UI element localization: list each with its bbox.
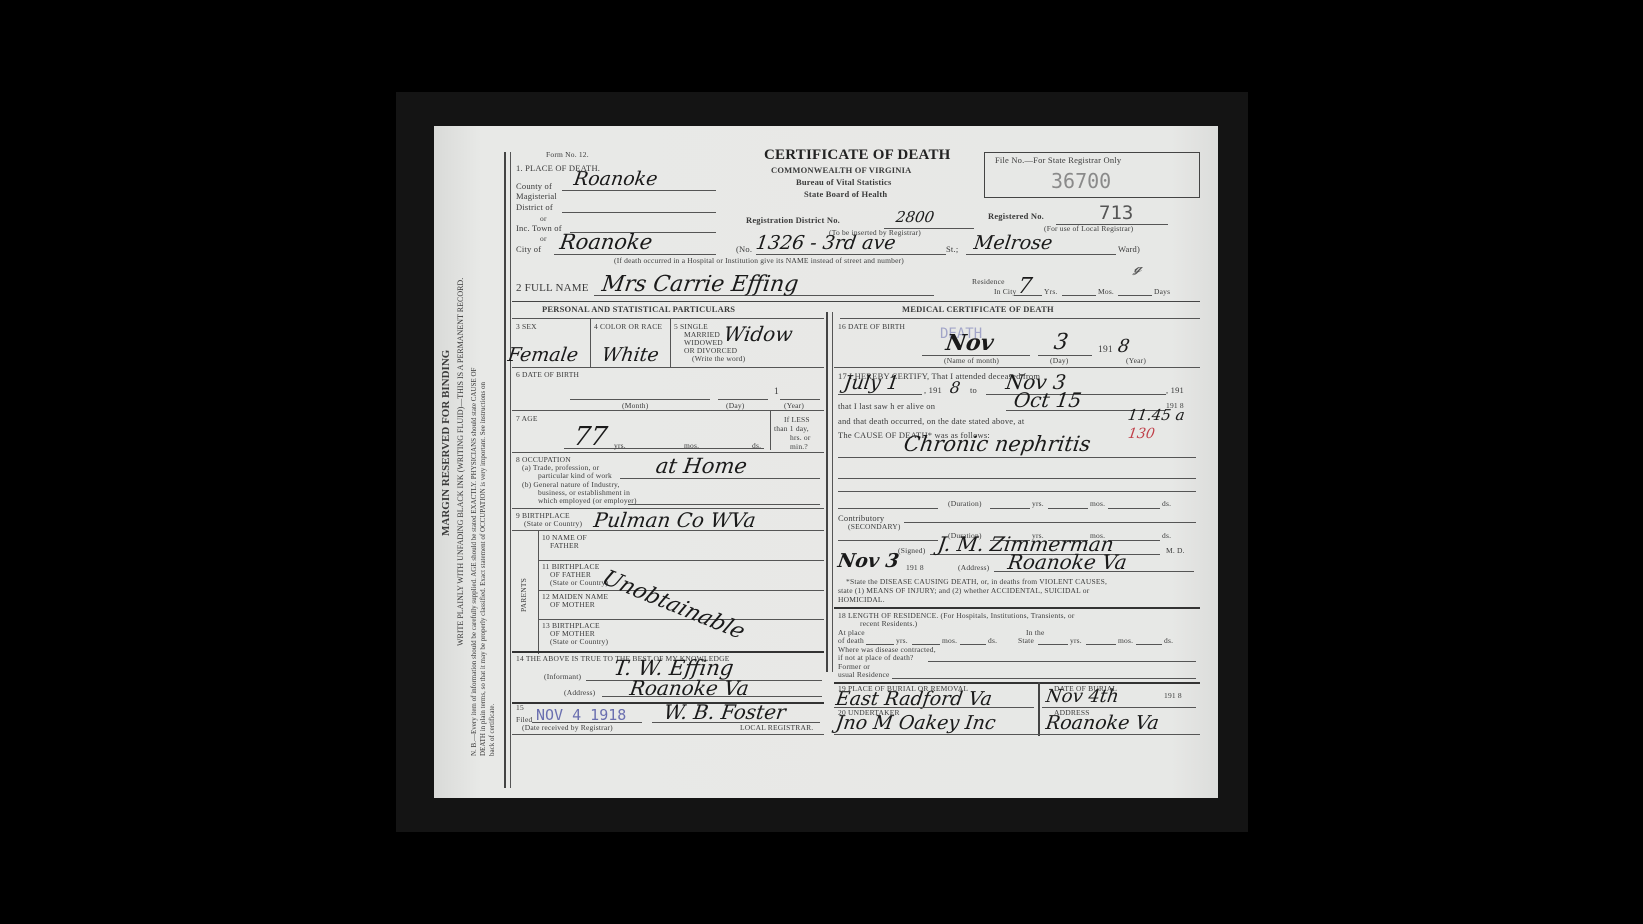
last-saw-text: that I last saw h er alive on	[838, 402, 935, 411]
personal-title-rule	[512, 318, 824, 319]
footnote-2: state (1) MEANS OF INJURY; and (2) wheth…	[838, 587, 1089, 595]
personal-section-title: PERSONAL AND STATISTICAL PARTICULARS	[542, 305, 735, 314]
death-certificate: MARGIN RESERVED FOR BINDING WRITE PLAINL…	[434, 126, 1218, 798]
district-label: District of	[516, 203, 553, 212]
residence-mos-label: Mos.	[1098, 288, 1114, 296]
less-than-3: hrs. or	[790, 434, 811, 442]
margin-write-text: WRITE PLAINLY WITH UNFADING BLACK INK (W…	[456, 278, 465, 646]
duration-line-1a	[838, 508, 938, 509]
row-rule-3	[512, 452, 824, 453]
street-value: 1326 - 3rd ave	[754, 232, 897, 254]
res-place-ds: ds.	[988, 637, 997, 645]
physician-address-label: (Address)	[958, 564, 989, 572]
ward-label: Ward)	[1118, 245, 1140, 254]
filed-note: (Date received by Registrar)	[522, 724, 613, 732]
margin-instructions-2: DEATH in plain terms, so that it may be …	[479, 382, 487, 756]
dob-month-label: (Month)	[622, 402, 648, 410]
margin-instructions-1: N. B.—Every item of information should b…	[470, 368, 478, 756]
duration-line-2a	[838, 540, 938, 541]
street-line	[756, 254, 946, 255]
commonwealth-label: COMMONWEALTH OF VIRGINIA	[771, 166, 912, 175]
residence-yrs-label: Yrs.	[1044, 288, 1058, 296]
death-year-label: (Year)	[1126, 357, 1146, 365]
less-than-1: If LESS	[784, 416, 810, 424]
of-death-label: of death	[838, 637, 864, 645]
footnote-1: *State the DISEASE CAUSING DEATH, or, in…	[846, 578, 1107, 586]
full-name-value: Mrs Carrie Effing	[600, 272, 800, 297]
parents-label: PARENTS	[520, 578, 528, 612]
duration-yrs-1: yrs.	[1032, 500, 1044, 508]
occupation-a-2: particular kind of work	[538, 472, 612, 480]
informant-address-label: (Address)	[564, 689, 595, 697]
board-label: State Board of Health	[804, 190, 887, 199]
death-day: 3	[1052, 330, 1070, 355]
to-label: to	[970, 386, 977, 395]
occupation-b-line	[628, 504, 820, 505]
medical-date-label: 16 DATE OF BIRTH	[838, 323, 905, 331]
medical-rule-1	[834, 367, 1200, 368]
frame-left-border	[504, 152, 506, 788]
margin-instructions-3: back of certificate.	[488, 704, 496, 756]
duration-label-1: (Duration)	[948, 500, 982, 508]
certificate-title: CERTIFICATE OF DEATH	[764, 148, 951, 164]
or-label-2: or	[540, 235, 547, 243]
death-month: Nov	[944, 330, 995, 356]
informant-label: (Informant)	[544, 673, 581, 681]
from-date: July 1	[842, 372, 900, 394]
section-top-rule	[512, 301, 1200, 302]
district-line	[562, 212, 716, 213]
mother-name-label-2: OF MOTHER	[550, 601, 595, 609]
dob-day-label: (Day)	[726, 402, 745, 410]
contracted-label-2: if not at place of death?	[838, 654, 914, 662]
death-month-label: (Name of month)	[944, 357, 999, 365]
registered-number: 713	[1099, 202, 1133, 224]
footnote-3: HOMICIDAL.	[838, 596, 885, 604]
medical-title-rule	[840, 318, 1200, 319]
sex-value: Female	[506, 344, 579, 366]
undertaker-value: Jno M Oakey Inc	[834, 712, 997, 734]
filed-date-stamp: NOV 4 1918	[536, 706, 626, 724]
ward-line	[966, 254, 1116, 255]
res-place-mos: mos.	[942, 637, 957, 645]
magisterial-label: Magisterial	[516, 192, 557, 201]
town-label: Inc. Town of	[516, 224, 562, 233]
row-rule-5	[512, 530, 824, 531]
full-name-label: 2 FULL NAME	[516, 283, 589, 295]
duration-line-1d	[1108, 508, 1160, 509]
duration-line-1c	[1048, 508, 1088, 509]
former-line	[892, 678, 1196, 679]
marital-label-5: (Write the word)	[692, 355, 745, 363]
last-saw-date: Oct 15	[1012, 388, 1083, 412]
undertaker-address: Roanoke Va	[1044, 712, 1160, 734]
res-state-yrs-line	[1038, 644, 1068, 645]
father-birth-rule	[538, 590, 824, 591]
bureau-label: Bureau of Vital Statistics	[796, 178, 891, 187]
form-number: Form No. 12.	[546, 151, 589, 159]
occupation-value: at Home	[654, 454, 748, 478]
duration-line-2d	[1108, 540, 1160, 541]
registrar-signature: W. B. Foster	[662, 700, 787, 724]
margin-binding-text: MARGIN RESERVED FOR BINDING	[440, 350, 452, 536]
mother-birth-label-3: (State or Country)	[550, 638, 608, 646]
physician-address: Roanoke Va	[1006, 550, 1128, 574]
street-number-label: (No.	[736, 245, 752, 254]
from-year: 8	[949, 378, 962, 397]
color-divider	[670, 319, 671, 367]
column-divider-inner	[832, 312, 833, 672]
hospital-note: (If death occurred in a Hospital or Inst…	[614, 257, 904, 265]
residence-days-label: Days	[1154, 288, 1170, 296]
burial-year: 191 8	[1164, 692, 1182, 700]
city-line	[554, 254, 716, 255]
res-state-ds: ds.	[1164, 637, 1173, 645]
duration-line-1b	[990, 508, 1030, 509]
duration-ds-2: ds.	[1162, 532, 1171, 540]
duration-ds-1: ds.	[1162, 500, 1171, 508]
medical-section-title: MEDICAL CERTIFICATE OF DEATH	[902, 305, 1054, 314]
state-label: State	[1018, 637, 1034, 645]
res-state-ds-line	[1136, 644, 1162, 645]
bottom-right-rule	[834, 734, 1200, 735]
city-value: Roanoke	[558, 230, 654, 254]
marital-value: Widow	[722, 322, 794, 346]
city-label: City of	[516, 245, 541, 254]
margin-check-mark: 𝓰	[1133, 260, 1143, 276]
res-place-ds-line	[960, 644, 986, 645]
dob-day-line	[718, 399, 768, 400]
death-year-suffix: 8	[1117, 336, 1131, 357]
parents-value: Unobtainable	[597, 566, 749, 644]
file-number-box: File No.—For State Registrar Only 36700	[984, 152, 1200, 198]
residence-label: Residence	[972, 278, 1005, 286]
res-state-mos: mos.	[1118, 637, 1133, 645]
color-value: White	[600, 344, 660, 366]
ward-value: Melrose	[972, 232, 1053, 254]
contracted-line	[928, 661, 1196, 662]
death-time: 11.45 a	[1127, 406, 1186, 424]
father-name-rule	[538, 560, 824, 561]
duration-mos-1: mos.	[1090, 500, 1105, 508]
residence-section-label-2: recent Residents.)	[860, 620, 917, 628]
from-date-line	[838, 394, 922, 395]
contributory-line	[904, 522, 1196, 523]
informant-address: Roanoke Va	[628, 676, 750, 700]
dob-year-label: (Year)	[784, 402, 804, 410]
dob-year-prefix: 1	[774, 388, 779, 398]
occurred-text: and that death occurred, on the date sta…	[838, 417, 1024, 426]
age-yrs-label: yrs.	[614, 442, 626, 450]
registered-number-label: Registered No.	[988, 212, 1044, 221]
less-than-4: min.?	[790, 443, 808, 451]
file-number-label: File No.—For State Registrar Only	[995, 156, 1121, 165]
file-number: 36700	[1051, 169, 1111, 193]
dob-label: 6 DATE OF BIRTH	[516, 371, 579, 379]
registration-district-label: Registration District No.	[746, 216, 840, 225]
res-place-yrs: yrs.	[896, 637, 908, 645]
county-label: County of	[516, 182, 552, 191]
signed-label: (Signed)	[898, 547, 925, 555]
age-label: 7 AGE	[516, 415, 538, 423]
residence-days-line	[1118, 295, 1152, 296]
from-year-prefix: , 191	[924, 386, 942, 395]
residence-mos-line	[1062, 295, 1096, 296]
md-label: M. D.	[1166, 547, 1185, 555]
occupation-b-3: which employed (or employer)	[538, 497, 637, 505]
street-label: St.;	[946, 245, 958, 254]
age-mos-label: mos.	[684, 442, 699, 450]
cause-line-1	[838, 457, 1196, 458]
parents-divider	[538, 530, 539, 654]
color-label: 4 COLOR OR RACE	[594, 323, 662, 331]
cause-line-2	[838, 478, 1196, 479]
birthplace-value: Pulman Co WVa	[592, 508, 757, 532]
residence-rule	[834, 607, 1200, 609]
cause-of-death: Chronic nephritis	[902, 432, 1092, 456]
row-rule-1	[512, 367, 824, 368]
registered-number-note: (For use of Local Registrar)	[1044, 225, 1133, 233]
former-label-2: usual Residence	[838, 671, 890, 679]
sex-divider	[590, 319, 591, 367]
birthplace-sub-label: (State or Country)	[524, 520, 582, 528]
or-label-1: or	[540, 215, 547, 223]
burial-date: Nov 4th	[1045, 686, 1121, 707]
occupation-a-line	[620, 478, 820, 479]
column-divider	[826, 312, 828, 672]
father-name-label-2: FATHER	[550, 542, 579, 550]
age-years: 77	[572, 422, 609, 452]
county-line	[562, 190, 716, 191]
bottom-left-rule	[512, 734, 824, 735]
age-ds-label: ds.	[752, 442, 761, 450]
death-day-label: (Day)	[1050, 357, 1069, 365]
burial-divider	[1038, 682, 1040, 736]
age-divider	[770, 410, 771, 450]
item-15-label: 15	[516, 704, 524, 712]
county-value: Roanoke	[572, 168, 659, 190]
informant-rule	[512, 651, 824, 653]
row-rule-2	[512, 410, 824, 411]
signed-date: Nov 3	[836, 550, 900, 572]
dob-year-line	[780, 399, 820, 400]
registrar-label: LOCAL REGISTRAR.	[740, 724, 813, 732]
dob-month-line	[570, 399, 710, 400]
less-than-2: than 1 day,	[774, 425, 809, 433]
frame-left-border-inner	[510, 152, 511, 788]
res-state-mos-line	[1086, 644, 1116, 645]
registration-district-value: 2800	[895, 208, 936, 226]
cause-line-3	[838, 491, 1196, 492]
secondary-label: (SECONDARY)	[848, 523, 901, 531]
to-year-prefix: , 191	[1166, 386, 1184, 395]
death-year-prefix: 191	[1098, 346, 1113, 356]
signed-year: 191 8	[906, 564, 924, 572]
cause-code: 130	[1127, 426, 1156, 442]
sex-label: 3 SEX	[516, 323, 537, 331]
res-state-yrs: yrs.	[1070, 637, 1082, 645]
